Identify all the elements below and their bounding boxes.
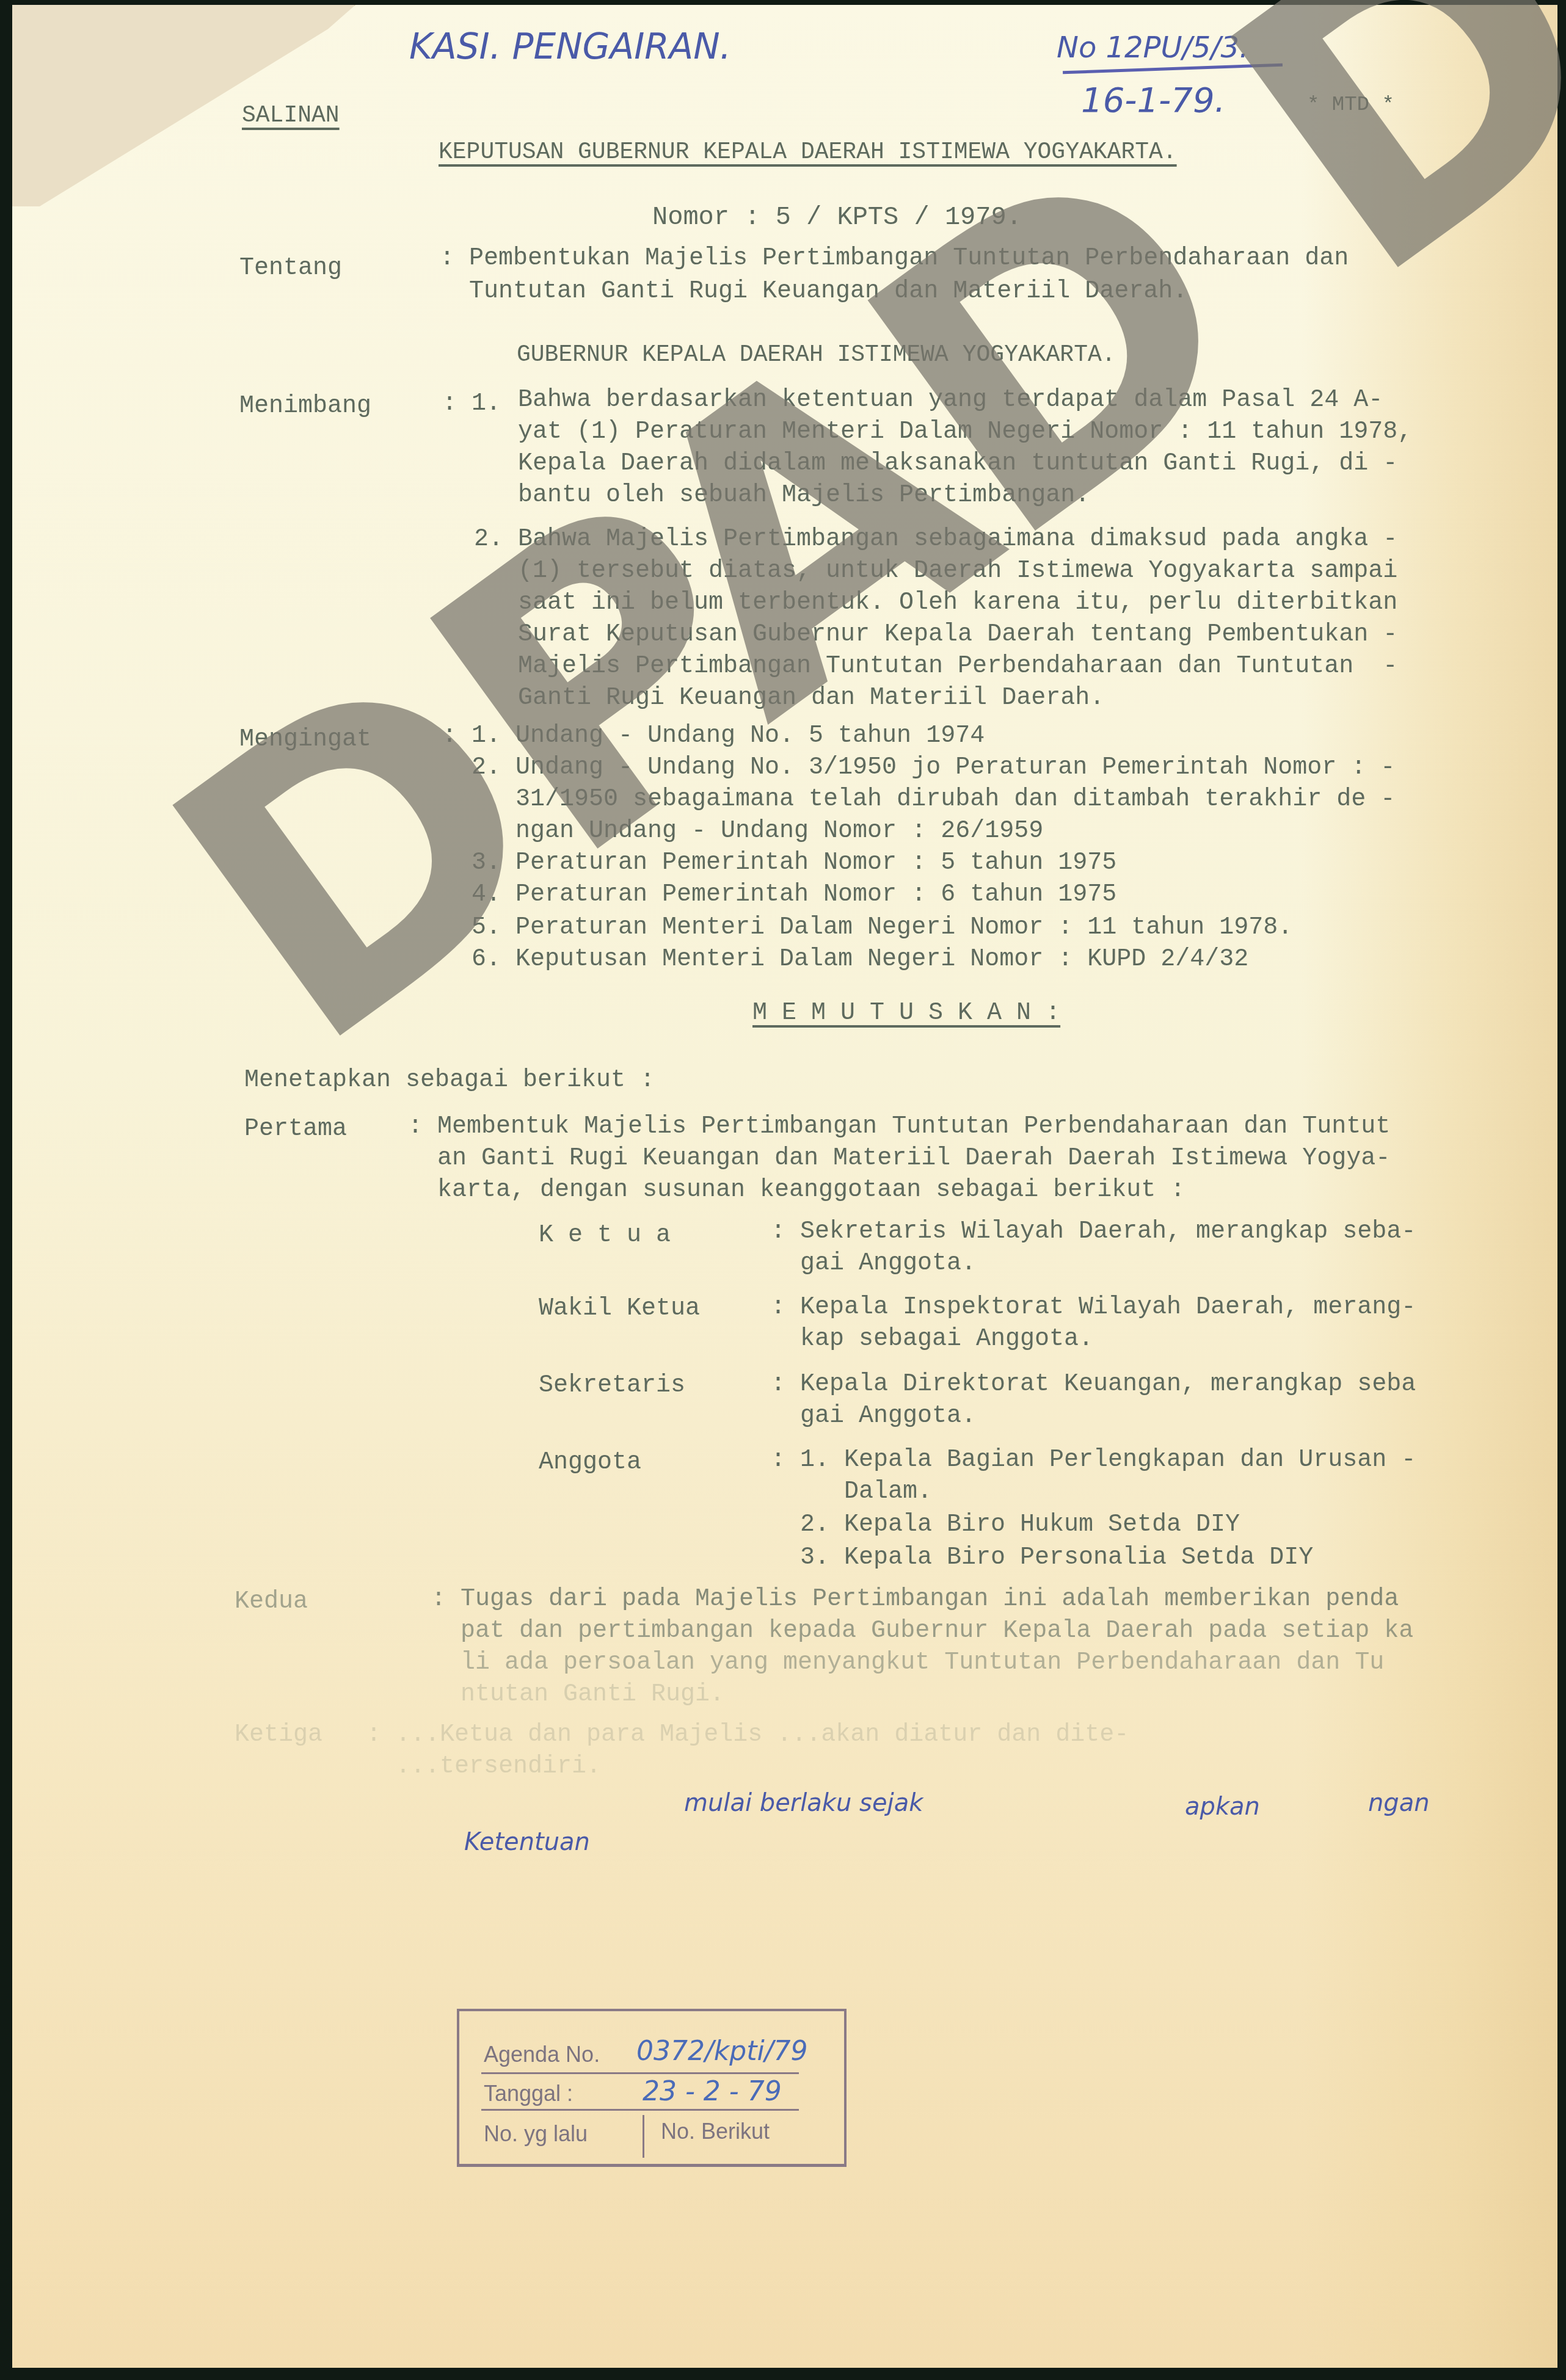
tentang-label: Tentang <box>239 253 342 285</box>
pertama-line-2: an Ganti Rugi Keuangan dan Materiil Daer… <box>408 1143 1390 1175</box>
menimbang-1-line-2: yat (1) Peraturan Menteri Dalam Negeri N… <box>518 416 1412 448</box>
handwritten-note-1c: ngan <box>1368 1789 1430 1817</box>
document-title: KEPUTUSAN GUBERNUR KEPALA DAERAH ISTIMEW… <box>439 137 1177 169</box>
kedua-label: Kedua <box>235 1586 308 1618</box>
member-anggota-line-3: 2. Kepala Biro Hukum Setda DIY <box>771 1509 1240 1541</box>
menimbang-2-line-1: Bahwa Majelis Pertimbangan sebagaimana d… <box>518 524 1397 556</box>
member-role-anggota: Anggota <box>539 1447 641 1479</box>
mtd-mark: * MTD * <box>1307 89 1394 121</box>
mengingat-line-7: 5. Peraturan Menteri Dalam Negeri Nomor … <box>442 912 1292 944</box>
member-ketua-line-2: gai Anggota. <box>771 1248 976 1280</box>
pertama-line-1: : Membentuk Majelis Pertimbangan Tuntuta… <box>408 1111 1390 1143</box>
stamp-divider <box>481 2072 799 2074</box>
handwritten-department: KASI. PENGAIRAN. <box>409 26 731 67</box>
member-role-sekretaris: Sekretaris <box>539 1370 685 1402</box>
mengingat-line-6: 4. Peraturan Pemerintah Nomor : 6 tahun … <box>442 879 1116 911</box>
menimbang-2-line-5: Majelis Pertimbangan Tuntutan Perbendaha… <box>518 651 1397 683</box>
menimbang-1-line-3: Kepala Daerah didalam melaksanakan tuntu… <box>518 448 1397 480</box>
agenda-stamp: Agenda No. 0372/kpti/79 Tanggal : 23 - 2… <box>457 2009 847 2167</box>
mengingat-line-1: : 1. Undang - Undang No. 5 tahun 1974 <box>442 720 985 752</box>
kedua-line-3: li ada persoalan yang menyangkut Tuntuta… <box>431 1647 1384 1679</box>
tanggal-value: 23 - 2 - 79 <box>643 2076 782 2107</box>
mengingat-line-5: 3. Peraturan Pemerintah Nomor : 5 tahun … <box>442 847 1116 879</box>
copy-label: SALINAN <box>242 100 340 132</box>
mengingat-line-4: ngan Undang - Undang Nomor : 26/1959 <box>442 816 1043 847</box>
menetapkan-line: Menetapkan sebagai berikut : <box>244 1065 655 1097</box>
stamp-divider-vertical <box>643 2115 644 2158</box>
handwritten-note-1b: apkan <box>1185 1793 1260 1821</box>
mengingat-line-8: 6. Keputusan Menteri Dalam Negeri Nomor … <box>442 944 1248 976</box>
faded-line-1: Ketiga : ...Ketua dan para Majelis ...ak… <box>235 1719 1129 1751</box>
member-role-wakil-ketua: Wakil Ketua <box>539 1293 700 1325</box>
kedua-line-1: : Tugas dari pada Majelis Pertimbangan i… <box>431 1584 1399 1616</box>
document-number: Nomor : 5 / KPTS / 1979. <box>652 201 1022 233</box>
member-role-ketua: K e t u a <box>539 1220 671 1252</box>
member-sekretaris-line-2: gai Anggota. <box>771 1401 976 1432</box>
menimbang-item-2-num: 2. <box>474 524 503 556</box>
menimbang-item-1-num: : 1. <box>442 388 501 420</box>
member-anggota-line-1: : 1. Kepala Bagian Perlengkapan dan Urus… <box>771 1445 1416 1476</box>
handwritten-note-1a: mulai berlaku sejak <box>684 1789 923 1817</box>
agenda-no-value: 0372/kpti/79 <box>636 2036 808 2067</box>
member-wakil-line-2: kap sebagai Anggota. <box>771 1324 1093 1355</box>
menimbang-2-line-6: Ganti Rugi Keuangan dan Materiil Daerah. <box>518 683 1104 714</box>
member-anggota-line-4: 3. Kepala Biro Personalia Setda DIY <box>771 1542 1313 1574</box>
stamp-divider <box>481 2109 799 2111</box>
pertama-line-3: karta, dengan susunan keanggotaan sebaga… <box>408 1175 1185 1206</box>
paper-stain <box>1301 5 1557 2368</box>
menimbang-2-line-3: saat ini belum terbentuk. Oleh karena it… <box>518 587 1397 619</box>
agenda-no-label: Agenda No. <box>484 2042 600 2067</box>
member-sekretaris-line-1: : Kepala Direktorat Keuangan, merangkap … <box>771 1369 1416 1401</box>
tentang-line-1: : Pembentukan Majelis Pertimbangan Tuntu… <box>440 243 1349 275</box>
member-ketua-line-1: : Sekretaris Wilayah Daerah, merangkap s… <box>771 1216 1416 1248</box>
prev-number-label: No. yg lalu <box>484 2121 588 2147</box>
tanggal-label: Tanggal : <box>484 2081 573 2106</box>
menimbang-2-line-2: (1) tersebut diatas, untuk Daerah Istime… <box>518 556 1397 587</box>
member-anggota-line-2: Dalam. <box>771 1476 932 1508</box>
mengingat-line-3: 31/1950 sebagaimana telah dirubah dan di… <box>442 784 1395 816</box>
menimbang-2-line-4: Surat Keputusan Gubernur Kepala Daerah t… <box>518 619 1397 651</box>
kedua-line-2: pat dan pertimbangan kepada Gubernur Kep… <box>431 1616 1413 1647</box>
menimbang-1-line-1: Bahwa berdasarkan ketentuan yang terdapa… <box>518 385 1383 416</box>
memutuskan-heading: M E M U T U S K A N : <box>752 998 1060 1029</box>
handwritten-note-2: Ketentuan <box>464 1828 590 1856</box>
menimbang-1-line-4: bantu oleh sebuah Majelis Pertimbangan. <box>518 480 1090 512</box>
faded-line-2: ...tersendiri. <box>235 1751 601 1783</box>
tentang-line-2: Tuntutan Ganti Rugi Keuangan dan Materii… <box>440 276 1187 308</box>
kedua-line-4: ntutan Ganti Rugi. <box>431 1679 724 1711</box>
menimbang-label: Menimbang <box>239 391 371 423</box>
issuer-heading: GUBERNUR KEPALA DAERAH ISTIMEWA YOGYAKAR… <box>517 339 1116 371</box>
pertama-label: Pertama <box>244 1114 347 1145</box>
mengingat-label: Mengingat <box>239 724 371 756</box>
member-wakil-line-1: : Kepala Inspektorat Wilayah Daerah, mer… <box>771 1292 1416 1324</box>
mengingat-line-2: 2. Undang - Undang No. 3/1950 jo Peratur… <box>442 752 1395 784</box>
handwritten-number: No 12PU/5/3. <box>1057 31 1248 65</box>
next-number-label: No. Berikut <box>661 2119 770 2144</box>
handwritten-date: 16-1-79. <box>1081 81 1225 120</box>
